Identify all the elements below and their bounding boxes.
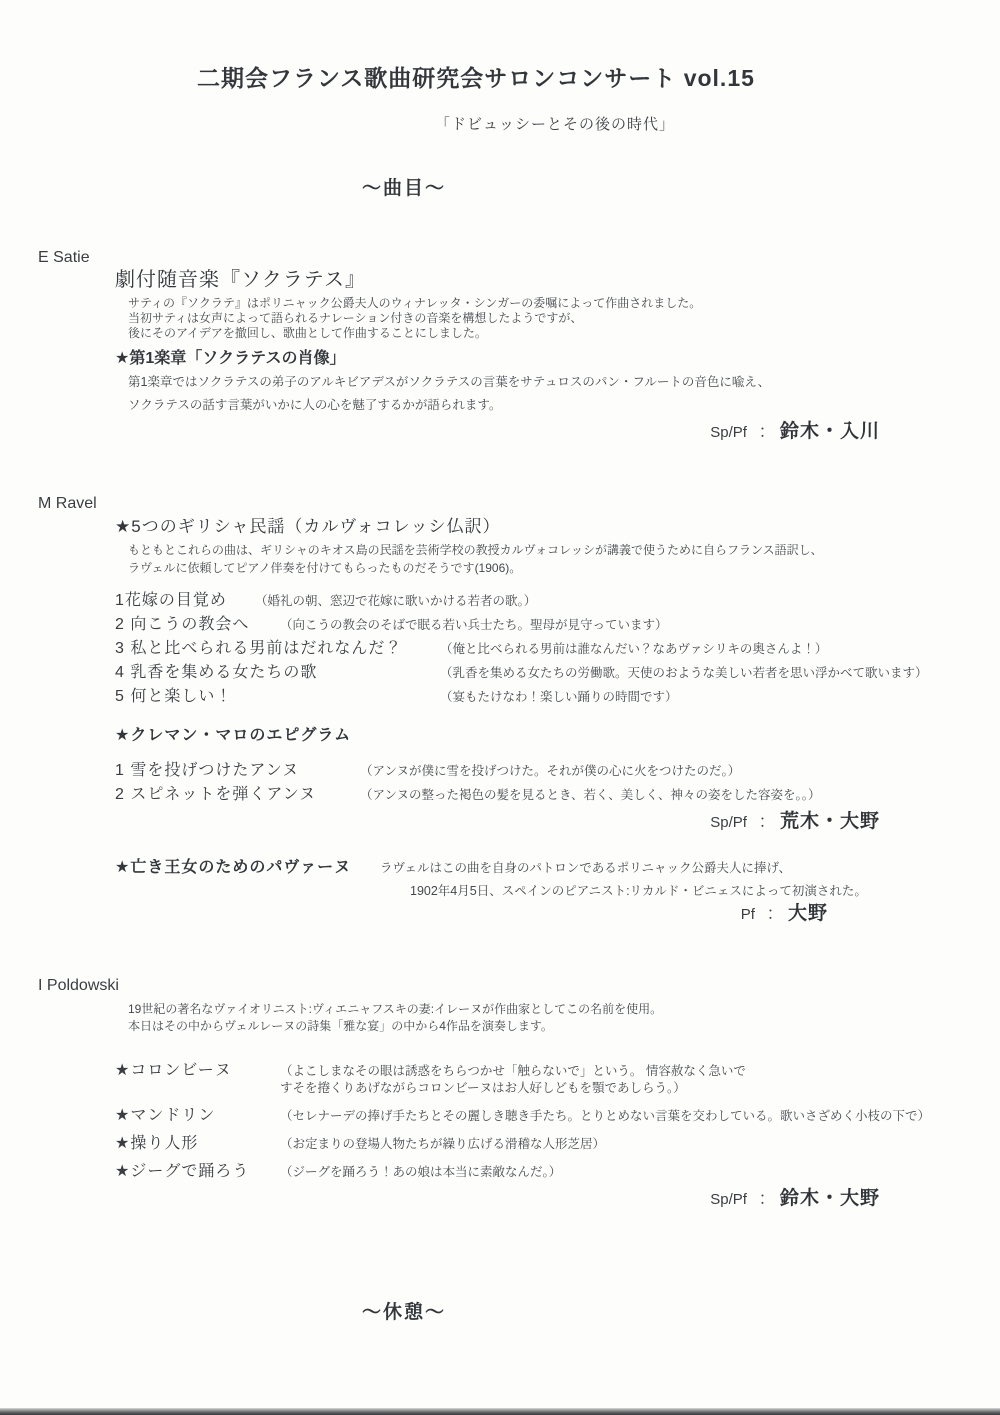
performer-role-label: Sp/Pf [710, 1191, 747, 1208]
section-satie: E Satie 劇付随音楽『ソクラテス』 サティの『ソクラテ』はポリニャック公爵… [0, 248, 1000, 446]
song-title: 5 何と楽しい！ [115, 685, 440, 708]
section-poldowski: I Poldowski 19世紀の著名なヴァイオリニスト:ヴィエニャフスキの妻:… [0, 976, 1000, 1213]
satie-work-desc-line: サティの『ソクラテ』はポリニャック公爵夫人のウィナレッタ・シンガーの委嘱によって… [128, 296, 1000, 311]
song-title: 1花嫁の目覚め [115, 589, 255, 612]
song-row: 4 乳香を集める女たちの歌 （乳香を集める女たちの労働歌。天使のおような美しい若… [115, 661, 1000, 685]
song-note-line: すそを捲くりあげながらコロンビーヌはお人好しどもを顎であしらう。） [280, 1080, 746, 1097]
song-title: 4 乳香を集める女たちの歌 [115, 661, 440, 684]
section-ravel: M Ravel ★5つのギリシャ民謡（カルヴォコレッシ仏訳） もともとこれらの曲… [0, 494, 1000, 928]
song-note: （乳香を集める女たちの労働歌。天使のおような美しい若者を思い浮かべて歌います） [440, 662, 928, 685]
song-row: 2 スピネットを弾くアンヌ （アンヌの整った褐色の髪を見るとき、若く、美しく、神… [115, 783, 1000, 807]
song-row: ★操り人形 （お定まりの登場人物たちが繰り広げる滑稽な人形芝居） [115, 1130, 1000, 1153]
pavane-desc-line: ラヴェルはこの曲を自身のパトロンであるポリニャック公爵夫人に捧げ、 [380, 858, 791, 876]
ravel-greek-title: ★5つのギリシャ民謡（カルヴォコレッシ仏訳） [115, 515, 1000, 539]
song-title: ★操り人形 [115, 1130, 280, 1153]
song-note: （よこしまなその眼は誘惑をちらつかせ「触らないで」という。 情容赦なく急いで す… [280, 1063, 746, 1097]
performer-names: 荒木・大野 [780, 811, 880, 832]
performer-names: 鈴木・入川 [780, 421, 880, 442]
song-row: 3 私と比べられる男前はだれなんだ？ （俺と比べられる男前は誰なんだい？なあヴァ… [115, 637, 1000, 661]
performer-role-label: Pf [741, 906, 755, 923]
song-title: ★コロンビーヌ [115, 1057, 280, 1080]
performer-separator: ： [763, 906, 778, 923]
page-title: 二期会フランス歌曲研究会サロンコンサート vol.15 [197, 64, 1000, 92]
ravel-epigram-title: ★クレマン・マロのエピグラム [115, 725, 1000, 747]
song-row: 5 何と楽しい！ （宴もたけなわ！楽しい踊りの時間です） [115, 685, 1000, 709]
song-note: （宴もたけなわ！楽しい踊りの時間です） [440, 686, 678, 709]
song-note-line: （よこしまなその眼は誘惑をちらつかせ「触らないで」という。 情容赦なく急いで [280, 1063, 746, 1080]
song-row: 1 雪を投げつけたアンヌ （アンヌが僕に雪を投げつけた。それが僕の心に火をつけた… [115, 759, 1000, 783]
program-page: 二期会フランス歌曲研究会サロンコンサート vol.15 「ドビュッシーとその後の… [0, 0, 1000, 1415]
song-note: （婚礼の朝、窓辺で花嫁に歌いかける若者の歌。） [255, 590, 536, 613]
song-note: （アンヌが僕に雪を投げつけた。それが僕の心に火をつけたのだ。） [360, 760, 740, 783]
performer-separator: ： [755, 814, 770, 831]
ravel-pavane-performers: Pf：大野 [0, 901, 828, 928]
song-note: （向こうの教会のそばで眠る若い兵士たち。聖母が見守っています） [280, 614, 668, 637]
performer-role-label: Sp/Pf [710, 424, 747, 441]
song-row: 2 向こうの教会へ （向こうの教会のそばで眠る若い兵士たち。聖母が見守っています… [115, 613, 1000, 637]
song-row: ★コロンビーヌ （よこしまなその眼は誘惑をちらつかせ「触らないで」という。 情容… [115, 1057, 1000, 1097]
concert-subtitle: 「ドビュッシーとその後の時代」 [435, 116, 1000, 134]
song-title: 1 雪を投げつけたアンヌ [115, 759, 360, 782]
song-note: （俺と比べられる男前は誰なんだい？なあヴァシリキの奥さんよ！） [440, 638, 827, 661]
song-title: ★ジーグで踊ろう [115, 1158, 280, 1181]
ravel-pavane-row: ★亡き王女のためのパヴァーヌ ラヴェルはこの曲を自身のパトロンであるポリニャック… [115, 854, 1000, 877]
song-row: ★マンドリン （セレナーデの捧げ手たちとその麗しき聴き手たち。とりとめない言葉を… [115, 1102, 1000, 1125]
satie-movement-desc-line: 第1楽章ではソクラテスの弟子のアルキビアデスがソクラテスの言葉をサテュロスのパン… [128, 371, 1000, 394]
song-title: 2 向こうの教会へ [115, 613, 280, 636]
song-note: （お定まりの登場人物たちが繰り広げる滑稽な人形芝居） [280, 1136, 605, 1153]
satie-work-desc-line: 後にそのアイデアを撤回し、歌曲として作曲することにしました。 [128, 326, 1000, 341]
ravel-greek-desc-line: もともとこれらの曲は、ギリシャのキオス島の民謡を芸術学校の教授カルヴォコレッシが… [128, 541, 1000, 559]
performer-separator: ： [755, 424, 770, 441]
song-note: （ジーグを踊ろう！あの娘は本当に素敵なんだ。） [280, 1164, 561, 1181]
satie-performers: Sp/Pf：鈴木・入川 [0, 419, 880, 446]
satie-work-desc-line: 当初サティは女声によって語られるナレーション付きの音楽を構想したようですが、 [128, 311, 1000, 326]
composer-name-satie: E Satie [38, 248, 1000, 267]
song-row: ★ジーグで踊ろう （ジーグを踊ろう！あの娘は本当に素敵なんだ。） [115, 1158, 1000, 1181]
performer-names: 鈴木・大野 [780, 1188, 880, 1209]
song-row: 1花嫁の目覚め （婚礼の朝、窓辺で花嫁に歌いかける若者の歌。） [115, 589, 1000, 613]
intermission-heading: ～休憩～ [362, 1297, 1000, 1324]
composer-name-ravel: M Ravel [38, 494, 1000, 513]
poldowski-desc-line: 本日はその中からヴェルレーヌの詩集「雅な宴」の中から4作品を演奏します。 [128, 1018, 1000, 1035]
scanner-edge-artifact [0, 1408, 1000, 1415]
poldowski-desc-line: 19世紀の著名なヴァイオリニスト:ヴィエニャフスキの妻:イレーヌが作曲家としてこ… [128, 1001, 1000, 1018]
satie-movement-title: ★第1楽章「ソクラテスの肖像」 [115, 349, 1000, 369]
poldowski-performers: Sp/Pf：鈴木・大野 [0, 1186, 880, 1213]
performer-separator: ： [755, 1191, 770, 1208]
pavane-title: ★亡き王女のためのパヴァーヌ [115, 854, 380, 877]
performer-names: 大野 [788, 903, 828, 924]
pavane-desc-line: 1902年4月5日、スペインのピアニスト:リカルド・ビニェスによって初演された。 [410, 883, 1000, 899]
ravel-greek-songlist: 1花嫁の目覚め （婚礼の朝、窓辺で花嫁に歌いかける若者の歌。） 2 向こうの教会… [115, 589, 1000, 709]
ravel-greek-desc-line: ラヴェルに依頼してピアノ伴奏を付けてもらったものだそうです(1906)。 [128, 559, 1000, 577]
ravel-epigram-performers: Sp/Pf：荒木・大野 [0, 809, 880, 836]
song-title: 3 私と比べられる男前はだれなんだ？ [115, 637, 440, 660]
song-title: ★マンドリン [115, 1102, 280, 1125]
performer-role-label: Sp/Pf [710, 814, 747, 831]
program-heading: ～曲目～ [362, 178, 1000, 200]
satie-work-title: 劇付随音楽『ソクラテス』 [115, 267, 1000, 293]
poldowski-songlist: ★コロンビーヌ （よこしまなその眼は誘惑をちらつかせ「触らないで」という。 情容… [115, 1057, 1000, 1181]
composer-name-poldowski: I Poldowski [38, 976, 1000, 995]
song-note: （アンヌの整った褐色の髪を見るとき、若く、美しく、神々の姿をした容姿を。。） [360, 784, 821, 807]
song-title: 2 スピネットを弾くアンヌ [115, 783, 360, 806]
satie-movement-desc-line: ソクラテスの話す言葉がいかに人の心を魅了するかが語られます。 [128, 394, 1000, 417]
ravel-epigram-songlist: 1 雪を投げつけたアンヌ （アンヌが僕に雪を投げつけた。それが僕の心に火をつけた… [115, 759, 1000, 807]
song-note: （セレナーデの捧げ手たちとその麗しき聴き手たち。とりとめない言葉を交わしている。… [280, 1108, 930, 1125]
